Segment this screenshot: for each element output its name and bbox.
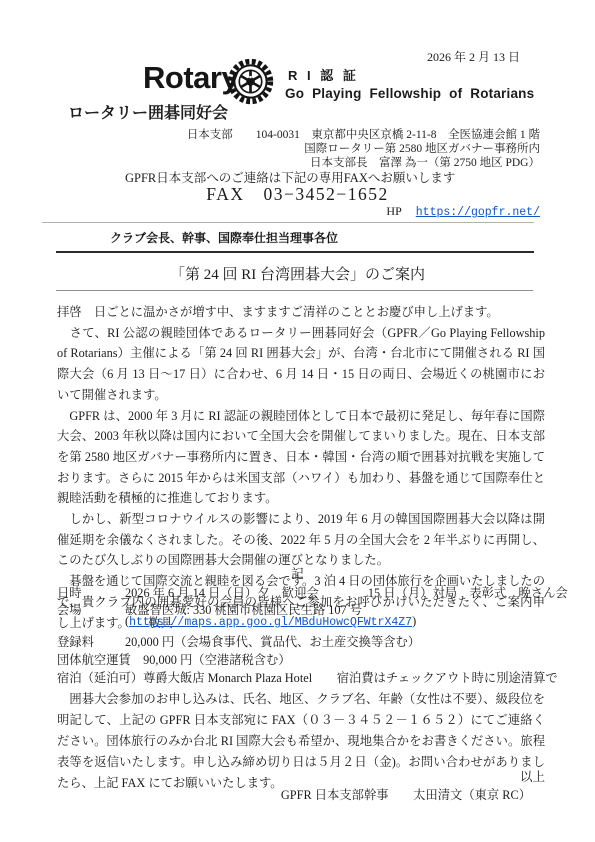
divider-under-recipient [56,251,534,253]
hp-label: HP [386,204,401,218]
recipient-line: クラブ会長、幹事、国際奉仕担当理事各位 [110,229,338,246]
fellowship-name-en: Go Playing Fellowship of Rotarians [285,86,534,101]
paragraph-covid: しかし、新型コロナウイルスの影響により、2019 年 6 月の韓国国際囲碁大会以… [57,509,545,571]
map-paren-close: ) [412,614,416,628]
ri-certification-label: R I 認 証 [288,65,359,84]
fee-value: 20,000 円（会場食事代、賞品代、お土産交換等含む） [125,635,420,649]
paragraph-announcement: さて、RI 公認の親睦団体であるロータリー囲碁同好会（GPFR／Go Playi… [57,323,545,406]
homepage-link[interactable]: https://gopfr.net/ [416,206,540,219]
paragraph-greeting: 拝啓 日ごとに温かさが増す中、ますますご清祥のこととお慶び申し上げます。 [57,302,545,323]
divider-under-title [56,290,533,291]
notice-heading: 記 [0,564,595,582]
datetime-label: 日時 [57,583,125,601]
paragraph-history: GPFR は、2000 年 3 月に RI 認証の親睦団体として日本で最初に発足… [57,406,545,510]
detail-airfare: 団体航空運賃 90,000 円（空港諸税含む） [57,650,291,668]
detail-map: (https://maps.app.goo.gl/MBduHowcQFWtrX4… [125,614,416,629]
letter-page: 2026 年 2 月 13 日 Rotary ロータリー囲碁同好会 R I 認 … [0,0,595,842]
fee-label: 登録料 [57,632,125,650]
fax-number: FAX 03−3452−1652 [0,181,595,206]
detail-datetime: 日時2026 年 6 月 14 日（日）夕 歓迎会 15 日（月）対局 表彰式 … [57,583,568,601]
fellowship-name-jp: ロータリー囲碁同好会 [68,100,228,123]
document-title: 「第 24 回 RI 台湾囲碁大会」のご案内 [0,263,595,284]
rotary-logo-text: Rotary [143,60,238,96]
signature-line: GPFR 日本支部幹事 太田清文（東京 RC） [281,785,531,803]
detail-fee: 登録料20,000 円（会場食事代、賞品代、お土産交換等含む） [57,632,420,650]
datetime-value: 2026 年 6 月 14 日（日）夕 歓迎会 15 日（月）対局 表彰式 晩さ… [125,586,568,600]
venue-label: 会場 [57,600,125,618]
closing-ijou: 以上 [520,767,545,785]
application-instructions: 囲碁大会参加のお申し込みは、氏名、地区、クラブ名、年齢（女性は不要）、級段位を明… [57,689,545,794]
rotary-wheel-icon [226,57,275,106]
detail-hotel: 宿泊（延泊可）尊爵大飯店 Monarch Plaza Hotel 宿泊費はチェッ… [57,668,558,686]
venue-map-link[interactable]: https://maps.app.goo.gl/MBduHowcQFWtrX4Z… [129,616,412,629]
document-date: 2026 年 2 月 13 日 [427,48,520,65]
homepage-row: HPhttps://gopfr.net/ [386,204,540,219]
divider-top [42,222,534,223]
